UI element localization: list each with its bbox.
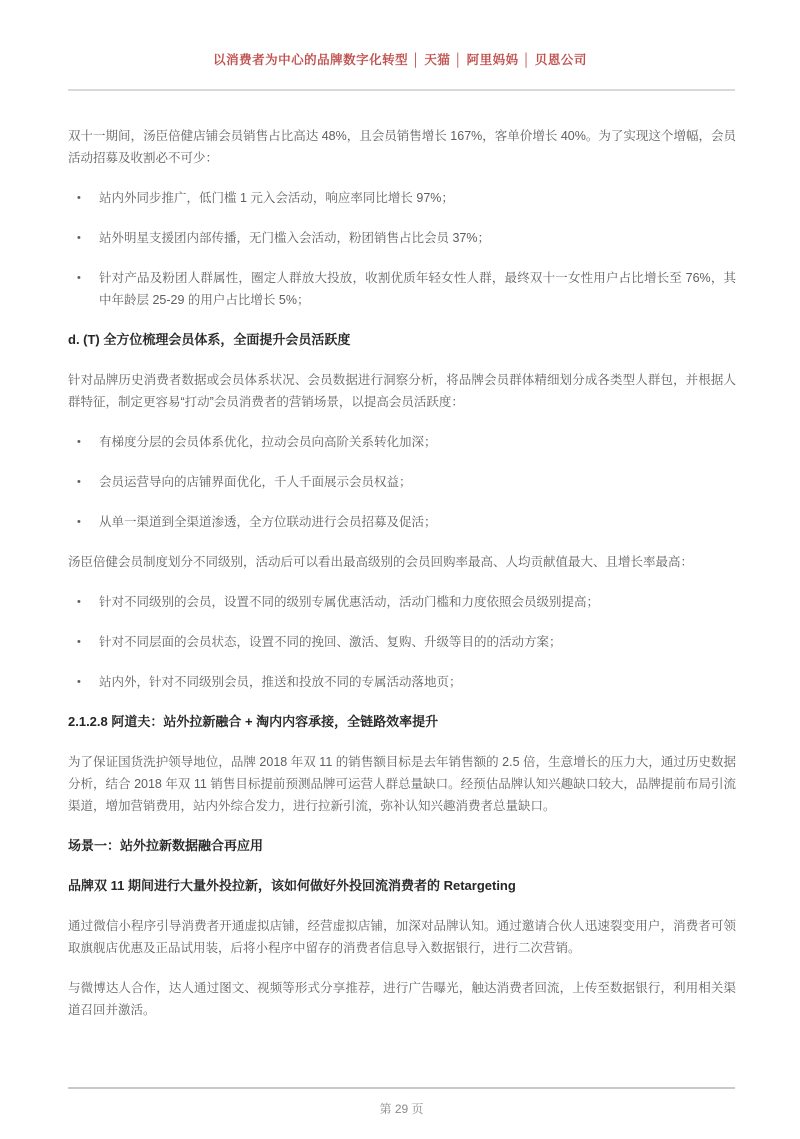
list-item-text: 针对产品及粉团人群属性，圈定人群放大投放，收割优质年轻女性人群，最终双十一女性用… [99,271,736,307]
list-item-text: 针对不同层面的会员状态，设置不同的挽回、激活、复购、升级等目的的活动方案； [99,635,562,649]
list-item: •站外明星支援团内部传播，无门槛入会活动，粉团销售占比会员 37%； [68,227,736,249]
page-number: 第 29 页 [68,1100,735,1117]
paragraph-adolph-goal: 为了保证国货洗护领导地位，品牌 2018 年双 11 的销售额目标是去年销售额的… [68,751,736,817]
section-heading-scene1: 场景一：站外拉新数据融合再应用 [68,835,736,857]
bullet-icon: • [77,511,81,533]
page-header: 以消费者为中心的品牌数字化转型 │ 天猫 │ 阿里妈妈 │ 贝恩公司 [0,0,800,91]
bullet-icon: • [77,431,81,453]
list-item: •会员运营导向的店铺界面优化，千人千面展示会员权益； [68,471,736,493]
paragraph-member-levels: 汤臣倍健会员制度划分不同级别，活动后可以看出最高级别的会员回购率最高、人均贡献值… [68,551,736,573]
paragraph-weibo-kol: 与微博达人合作，达人通过图文、视频等形式分享推荐，进行广告曝光，触达消费者回流，… [68,977,736,1021]
bullet-list-membership-recruit: •站内外同步推广，低门槛 1 元入会活动，响应率同比增长 97%； •站外明星支… [68,187,736,311]
paragraph-intro: 双十一期间，汤臣倍健店铺会员销售占比高达 48%，且会员销售增长 167%，客单… [68,125,736,169]
bullet-icon: • [77,187,81,209]
bullet-icon: • [77,631,81,653]
list-item-text: 站外明星支援团内部传播，无门槛入会活动，粉团销售占比会员 37%； [99,231,490,245]
list-item: •有梯度分层的会员体系优化，拉动会员向高阶关系转化加深； [68,431,736,453]
list-item: •站内外，针对不同级别会员，推送和投放不同的专属活动落地页； [68,671,736,693]
bullet-icon: • [77,471,81,493]
section-heading-d: d. (T) 全方位梳理会员体系，全面提升会员活跃度 [68,329,736,351]
document-page: 以消费者为中心的品牌数字化转型 │ 天猫 │ 阿里妈妈 │ 贝恩公司 双十一期间… [0,0,800,1139]
bullet-icon: • [77,267,81,289]
list-item: •针对不同层面的会员状态，设置不同的挽回、激活、复购、升级等目的的活动方案； [68,631,736,653]
list-item-text: 有梯度分层的会员体系优化，拉动会员向高阶关系转化加深； [99,435,437,449]
list-item: •站内外同步推广，低门槛 1 元入会活动，响应率同比增长 97%； [68,187,736,209]
list-item-text: 站内外同步推广，低门槛 1 元入会活动，响应率同比增长 97%； [99,191,454,205]
document-body: 双十一期间，汤臣倍健店铺会员销售占比高达 48%，且会员销售增长 167%，客单… [0,91,800,1021]
page-footer: 第 29 页 [68,1087,735,1117]
list-item-text: 针对不同级别的会员，设置不同的级别专属优惠活动，活动门槛和力度依照会员级别提高； [99,595,599,609]
list-item-text: 从单一渠道到全渠道渗透，全方位联动进行会员招募及促活； [99,515,437,529]
paragraph-wechat-miniprogram: 通过微信小程序引导消费者开通虚拟店铺，经营虚拟店铺，加深对品牌认知。通过邀请合伙… [68,915,736,959]
list-item-text: 站内外，针对不同级别会员，推送和投放不同的专属活动落地页； [99,675,462,689]
paragraph-retargeting-question: 品牌双 11 期间进行大量外投拉新，该如何做好外投回流消费者的 Retarget… [68,875,736,897]
footer-divider [68,1087,735,1089]
list-item: •针对产品及粉团人群属性，圈定人群放大投放，收割优质年轻女性人群，最终双十一女性… [68,267,736,311]
header-title: 以消费者为中心的品牌数字化转型 │ 天猫 │ 阿里妈妈 │ 贝恩公司 [0,50,800,68]
bullet-list-member-levels: •针对不同级别的会员，设置不同的级别专属优惠活动，活动门槛和力度依照会员级别提高… [68,591,736,693]
paragraph-member-insight: 针对品牌历史消费者数据或会员体系状况、会员数据进行洞察分析，将品牌会员群体精细划… [68,369,736,413]
bullet-icon: • [77,671,81,693]
bullet-icon: • [77,591,81,613]
section-heading-2128: 2.1.2.8 阿道夫：站外拉新融合 + 淘内内容承接，全链路效率提升 [68,711,736,733]
list-item-text: 会员运营导向的店铺界面优化，千人千面展示会员权益； [99,475,412,489]
list-item: •针对不同级别的会员，设置不同的级别专属优惠活动，活动门槛和力度依照会员级别提高… [68,591,736,613]
bullet-icon: • [77,227,81,249]
list-item: •从单一渠道到全渠道渗透，全方位联动进行会员招募及促活； [68,511,736,533]
bullet-list-member-system: •有梯度分层的会员体系优化，拉动会员向高阶关系转化加深； •会员运营导向的店铺界… [68,431,736,533]
